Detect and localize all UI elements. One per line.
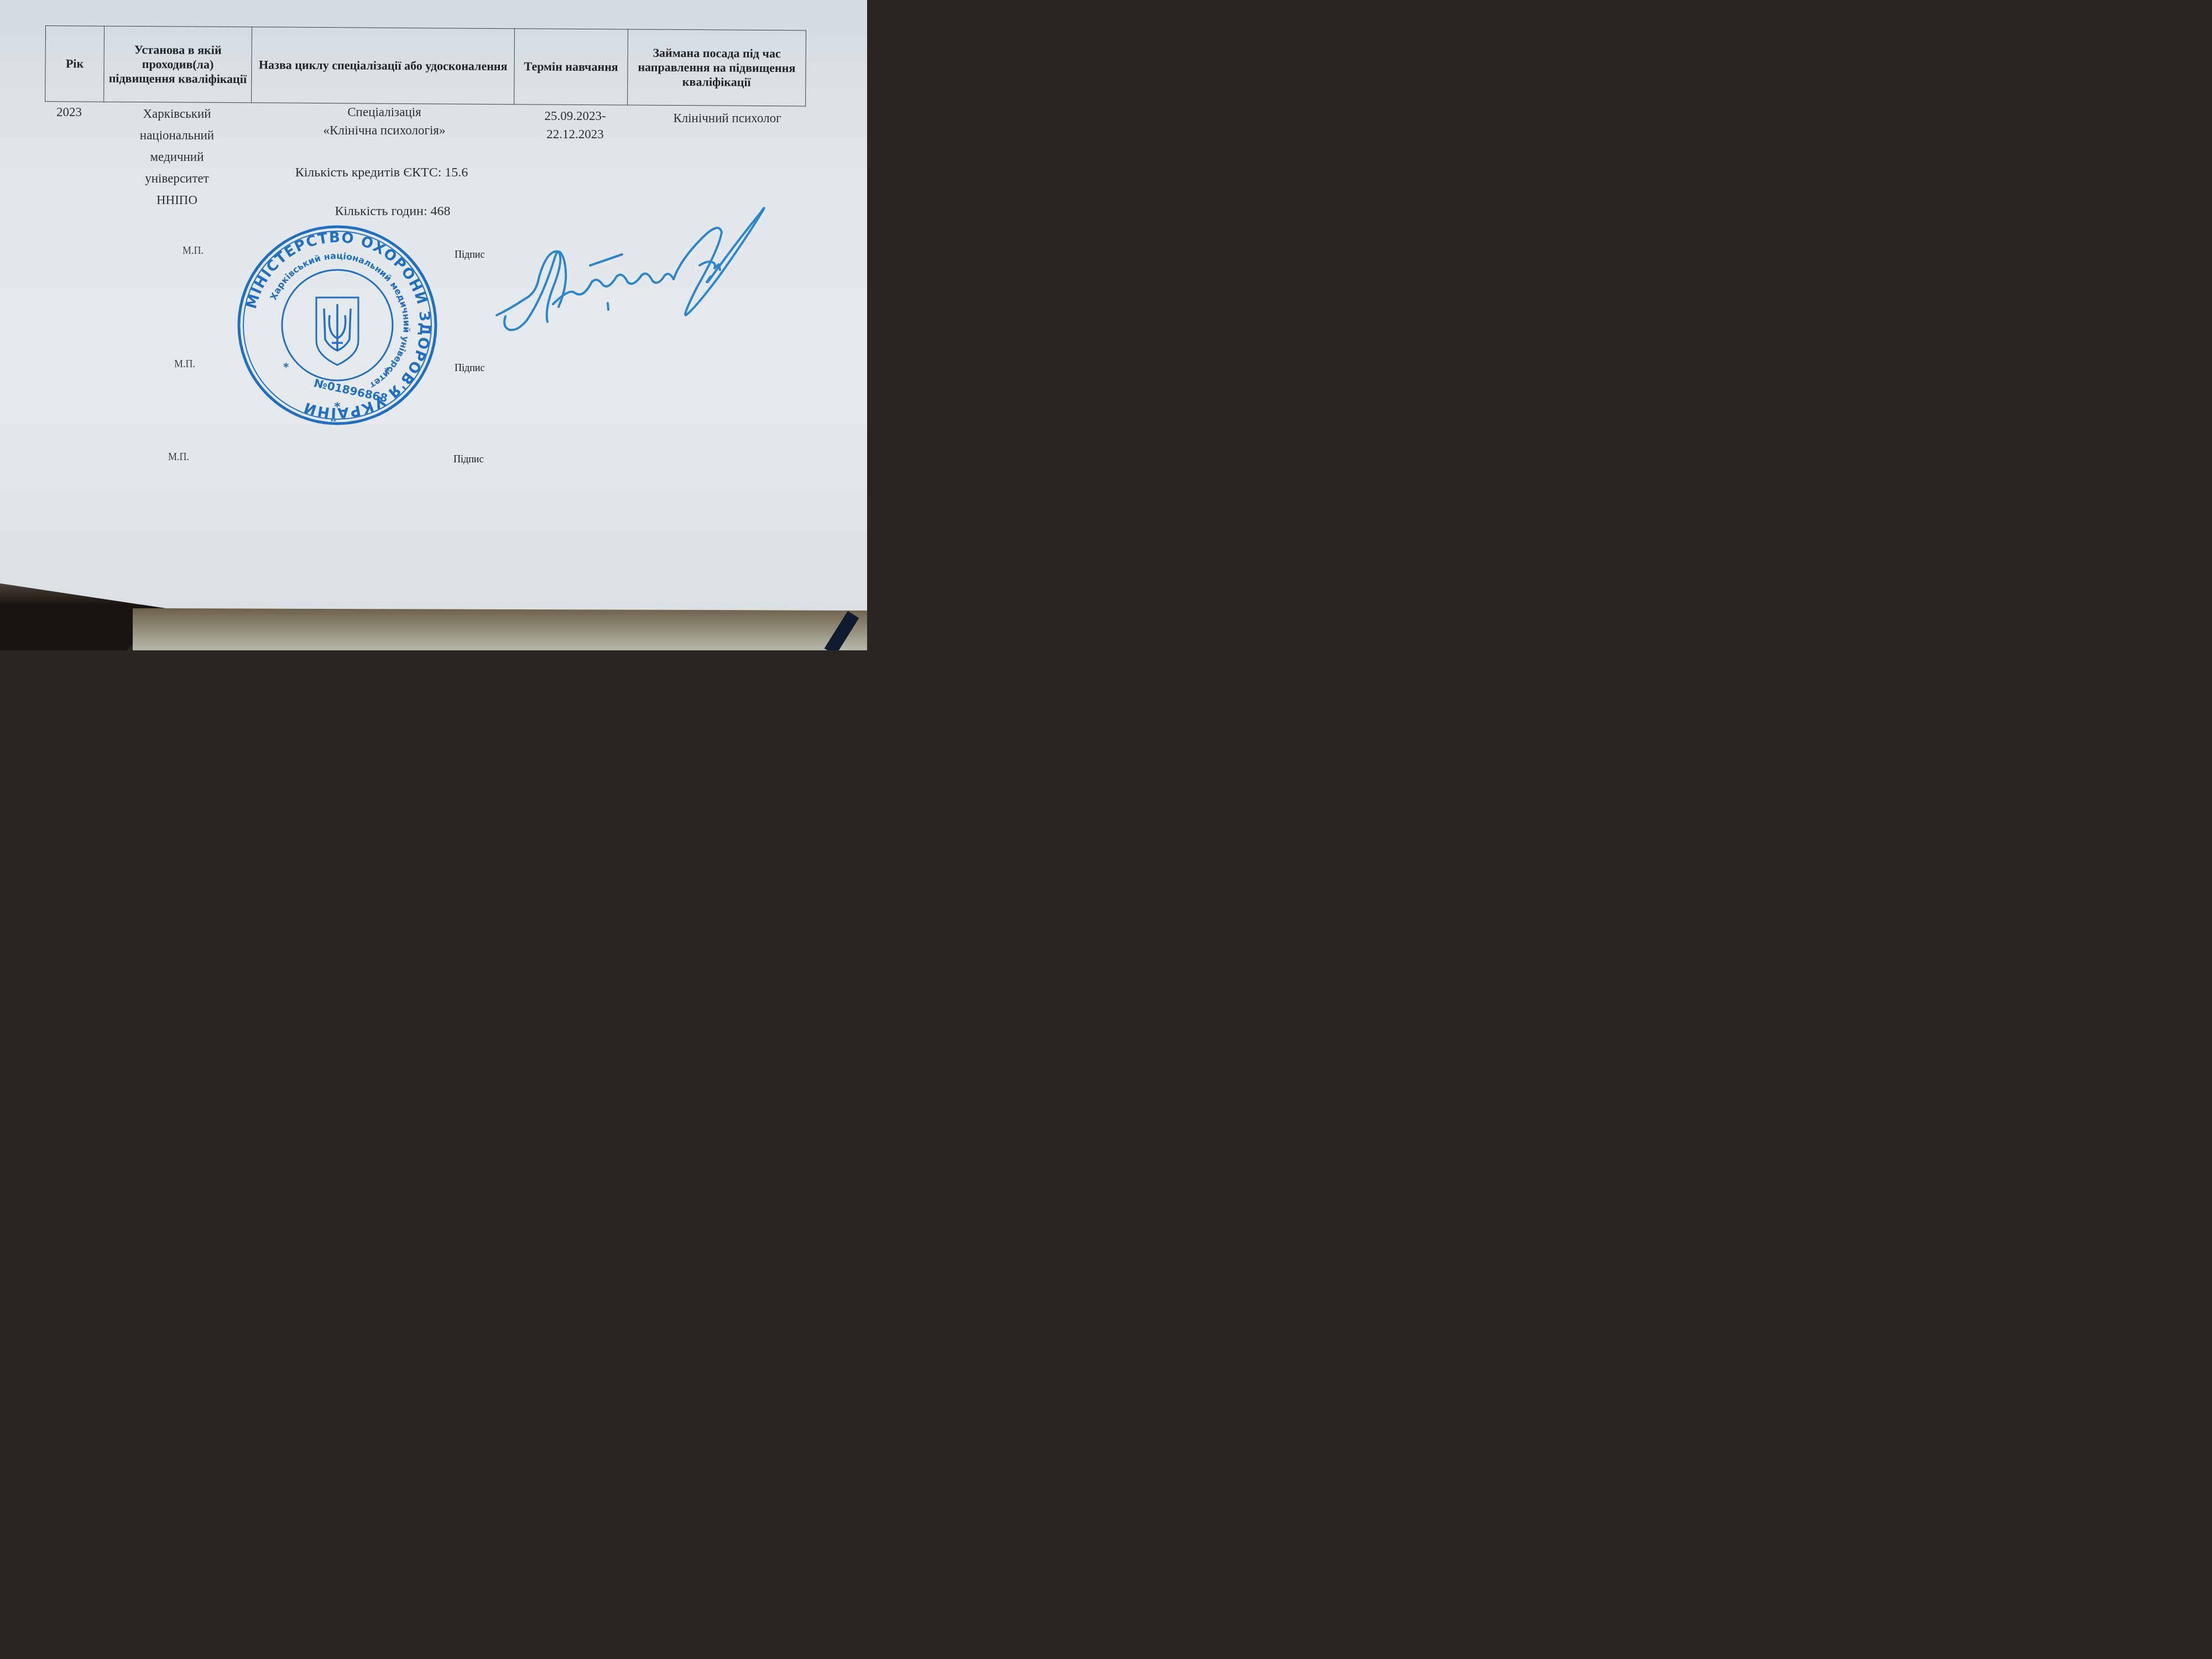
term-line: 25.09.2023- — [523, 107, 628, 125]
handwritten-signature-icon — [487, 199, 774, 343]
svg-text:*: * — [384, 364, 390, 378]
institution-line: національний — [111, 124, 243, 146]
official-stamp-icon: МІНІСТЕРСТВО ОХОРОНИ ЗДОРОВ'Я УКРАЇНИ Ха… — [232, 220, 442, 430]
cycle-line: «Клінічна психологія» — [288, 121, 481, 139]
row-cycle: Спеціалізація «Клінічна психологія» — [288, 103, 481, 139]
row-hours: Кількість годин: 468 — [288, 202, 498, 221]
institution-line: медичний — [111, 146, 243, 168]
row-term: 25.09.2023- 22.12.2023 — [523, 107, 628, 143]
signature-label: Підпис — [453, 453, 483, 465]
svg-text:*: * — [334, 400, 341, 414]
header-year: Рік — [45, 26, 105, 102]
institution-line: Харківський — [111, 103, 243, 124]
row-institution: Харківський національний медичний універ… — [111, 103, 243, 211]
header-institution: Установа в якій проходив(ла) підвищення … — [104, 26, 252, 103]
qualification-table-header: Рік Установа в якій проходив(ла) підвище… — [45, 25, 806, 106]
header-position: Займана посада під час направлення на пі… — [627, 29, 806, 106]
signature-label: Підпис — [455, 362, 484, 374]
stamp-place-label: М.П. — [174, 358, 195, 370]
header-cycle: Назва циклу спеціалізації або удосконале… — [252, 27, 515, 105]
institution-line: університет — [111, 168, 243, 189]
row-year: 2023 — [50, 103, 88, 121]
svg-text:*: * — [283, 360, 289, 373]
header-term: Термін навчання — [514, 29, 628, 105]
background-surface — [133, 608, 867, 650]
svg-text:Харківський національний медич: Харківський національний медичний універ… — [268, 251, 412, 391]
signature-label: Підпис — [455, 249, 484, 260]
institution-line: ННІПО — [111, 189, 243, 211]
row-credits: Кількість кредитів ЄКТС: 15.6 — [254, 164, 509, 182]
term-line: 22.12.2023 — [523, 125, 628, 143]
stamp-place-label: М.П. — [168, 451, 189, 463]
cycle-line: Спеціалізація — [288, 103, 481, 121]
document-page: Рік Установа в якій проходив(ла) підвище… — [0, 0, 867, 650]
row-position: Клінічний психолог — [639, 109, 816, 127]
stamp-place-label: М.П. — [182, 245, 204, 257]
stamp-inner-text: Харківський національний медичний універ… — [268, 251, 412, 391]
